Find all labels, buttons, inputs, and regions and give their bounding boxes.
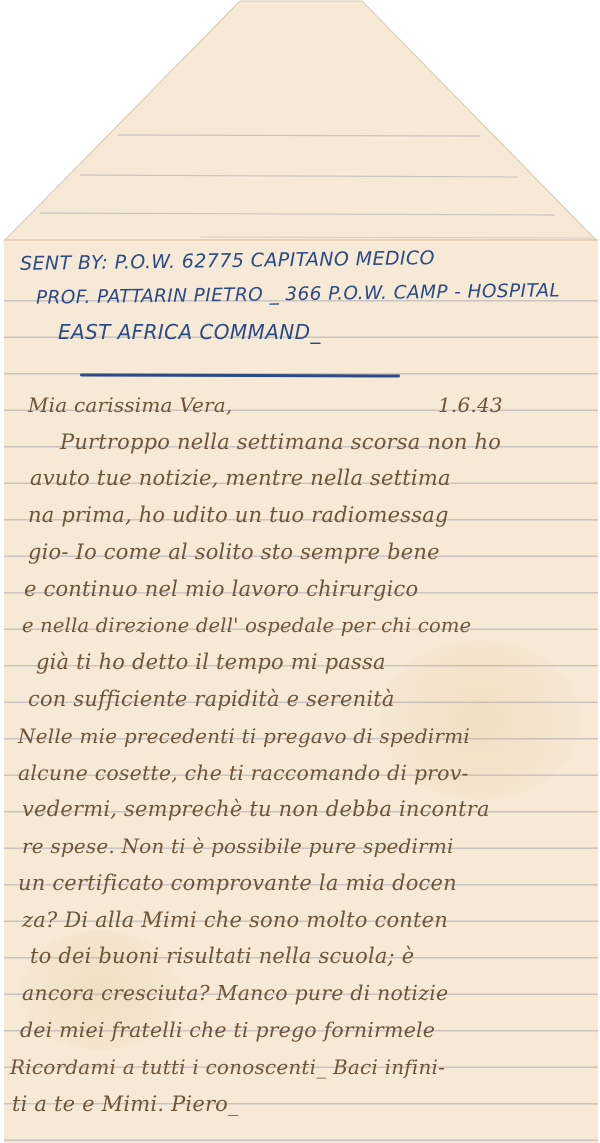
sender-line-3: EAST AFRICA COMMAND_ <box>58 320 321 344</box>
body-line: gio- Io come al solito sto sempre bene <box>28 540 440 564</box>
body-line: Ricordami a tutti i conoscenti_ Baci inf… <box>10 1055 445 1079</box>
body-line: Purtroppo nella settimana scorsa non ho <box>60 430 501 454</box>
body-line: già ti ho detto il tempo mi passa <box>36 650 386 674</box>
body-line: na prima, ho udito un tuo radiomessag <box>28 503 449 527</box>
body-line: Nelle mie precedenti ti pregavo di spedi… <box>18 724 470 748</box>
body-line: un certificato comprovante la mia docen <box>18 871 457 895</box>
body-line: con sufficiente rapidità e serenità <box>28 687 395 711</box>
body-line: avuto tue notizie, mentre nella settima <box>30 466 451 490</box>
body-line: za? Di alla Mimi che sono molto conten <box>22 908 448 932</box>
fold-crease <box>4 239 598 241</box>
body-line: alcune cosette, che ti raccomando di pro… <box>18 761 469 785</box>
body-line: e nella direzione dell' ospedale per chi… <box>22 614 471 637</box>
body-line: e continuo nel mio lavoro chirurgico <box>24 577 418 601</box>
signature-line: ti a te e Mimi. Piero_ <box>12 1092 239 1116</box>
body-line: dei miei fratelli che ti prego fornirmel… <box>20 1018 435 1042</box>
body-line: to dei buoni risultati nella scuola; è <box>30 944 414 968</box>
body-line: vedermi, semprechè tu non debba incontra <box>22 797 490 821</box>
body-line: re spese. Non ti è possibile pure spedir… <box>22 834 454 858</box>
letter-date: 1.6.43 <box>438 393 503 417</box>
salutation: Mia carissima Vera, <box>28 393 233 417</box>
envelope-flap <box>0 0 600 242</box>
body-line: ancora cresciuta? Manco pure di notizie <box>22 981 448 1005</box>
